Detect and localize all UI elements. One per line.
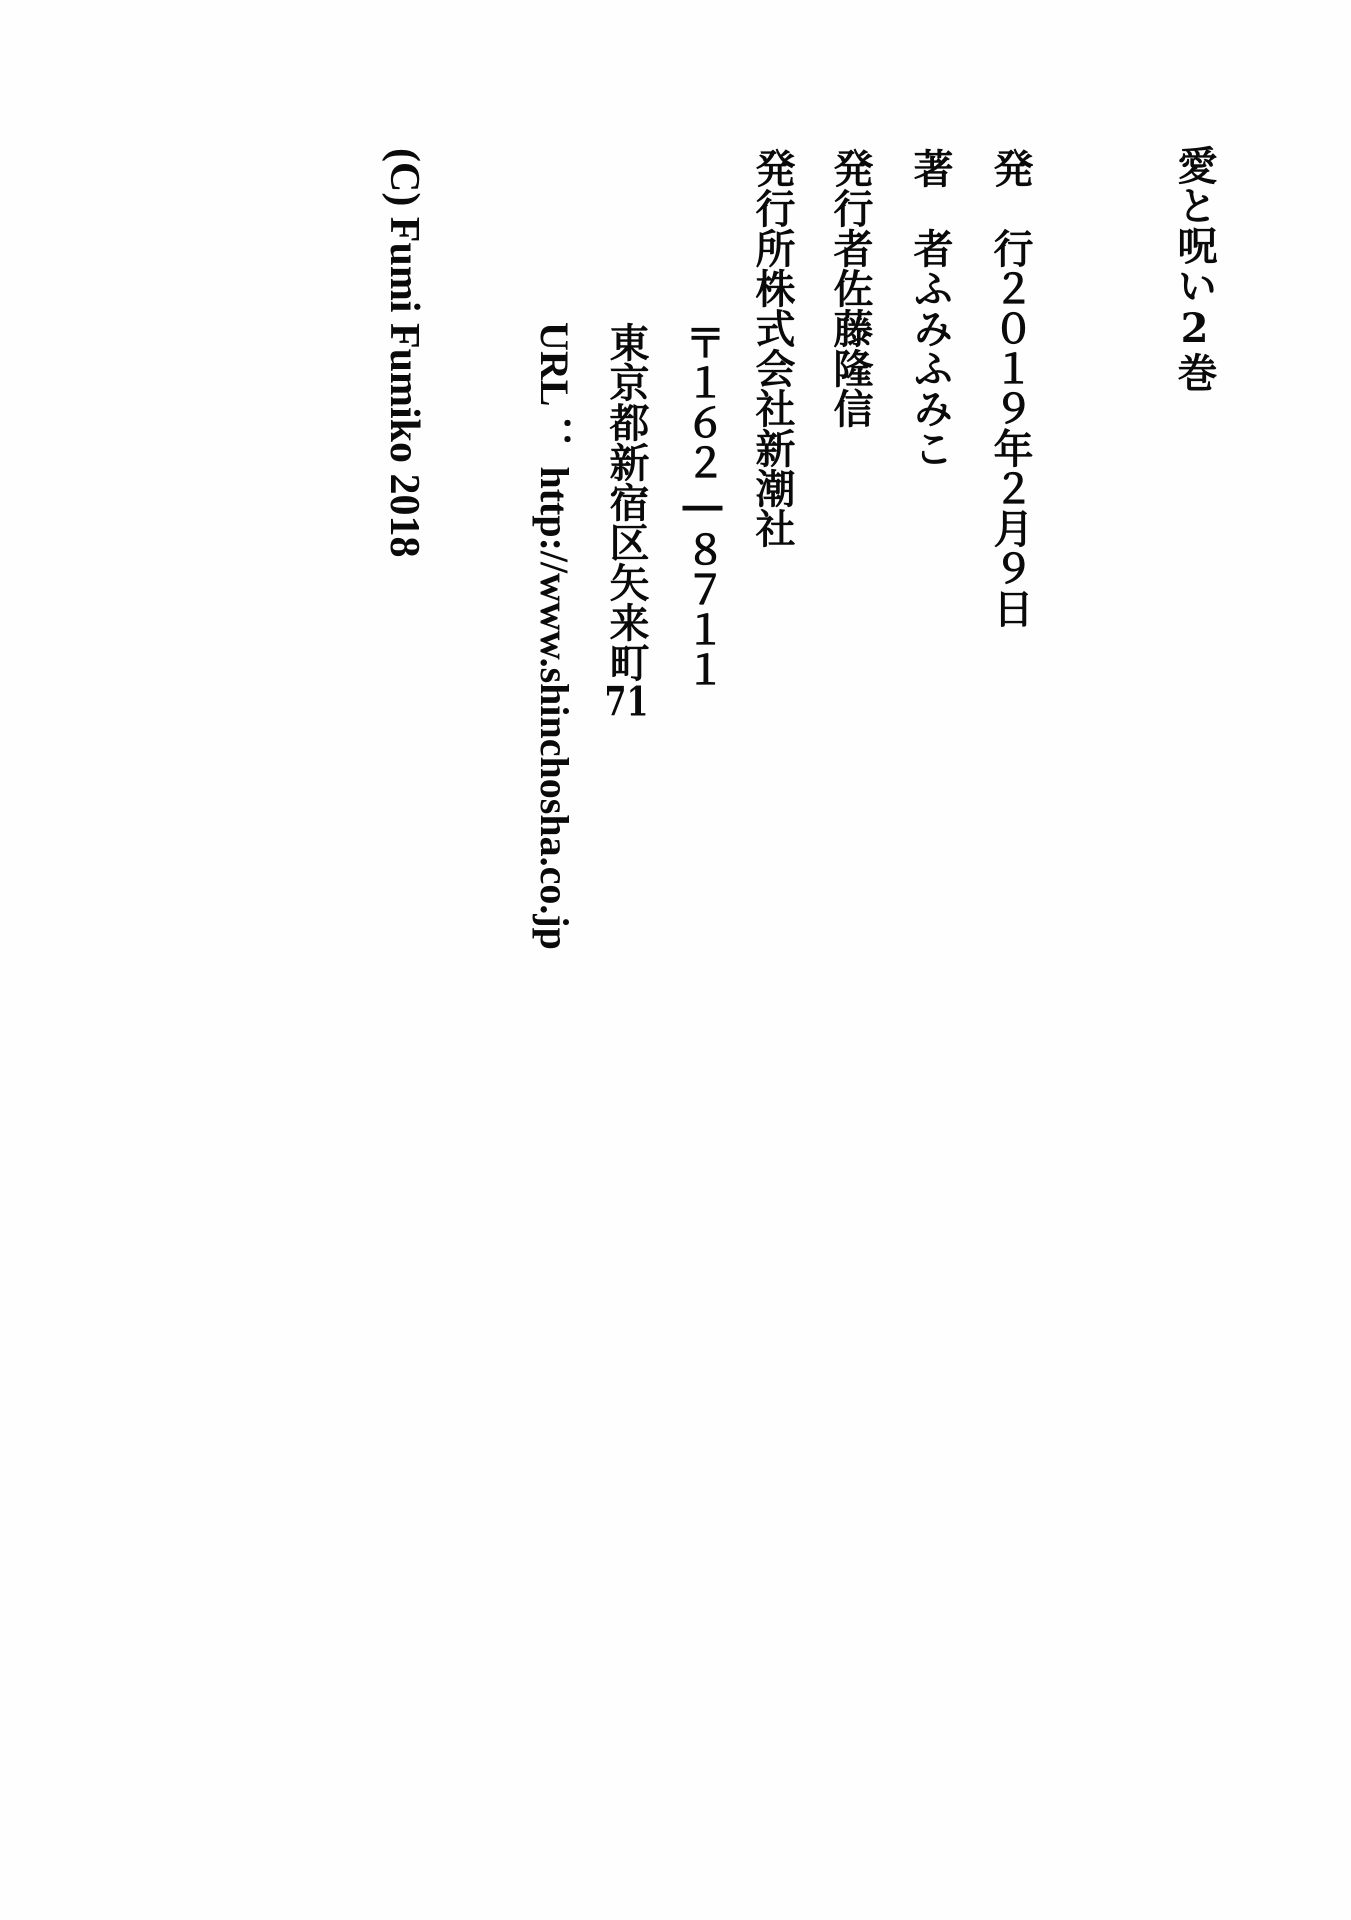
publisher-person-row: 発行者佐藤隆信: [828, 148, 872, 428]
address-text: 東京都新宿区矢来町: [603, 322, 650, 682]
author-row: 著 者ふみふみこ: [908, 148, 952, 468]
publication-date-row: 発 行２０１９年２月９日: [988, 148, 1032, 628]
address-row: 東京都新宿区矢来町71: [604, 322, 648, 722]
colophon-page: 愛と呪い2巻 発 行２０１９年２月９日 著 者ふみふみこ 発行者佐藤隆信 発行所…: [0, 0, 1351, 1920]
book-title: 愛と呪い: [1171, 145, 1218, 305]
url-label: URL: [532, 322, 577, 406]
publishing-house-label: 発行所: [750, 148, 794, 268]
url-separator: ：: [532, 416, 577, 456]
postal-code: 〒１６２―８７１１: [679, 322, 726, 689]
author-label: 著 者: [908, 148, 952, 268]
publisher-person-value: 佐藤隆信: [828, 268, 872, 428]
publication-date-value: ２０１９年２月９日: [988, 268, 1032, 628]
address-number: 71: [603, 682, 650, 722]
postal-code-row: 〒１６２―８７１１: [680, 322, 724, 689]
publishing-house-row: 発行所株式会社新潮社: [750, 148, 794, 548]
book-title-column: 愛と呪い2巻: [1152, 145, 1236, 392]
website-link[interactable]: http://www.shinchosha.co.jp: [532, 466, 577, 949]
author-value: ふみふみこ: [908, 268, 952, 468]
url-row: URL ： http://www.shinchosha.co.jp: [532, 322, 576, 950]
publisher-person-label: 発行者: [828, 148, 872, 268]
publishing-house-value: 株式会社新潮社: [750, 268, 794, 548]
volume-number: 2巻: [1171, 305, 1218, 392]
publication-date-label: 発 行: [988, 148, 1032, 268]
copyright-row: (C) Fumi Fumiko 2018: [382, 148, 426, 558]
copyright-text: (C) Fumi Fumiko 2018: [381, 148, 427, 558]
